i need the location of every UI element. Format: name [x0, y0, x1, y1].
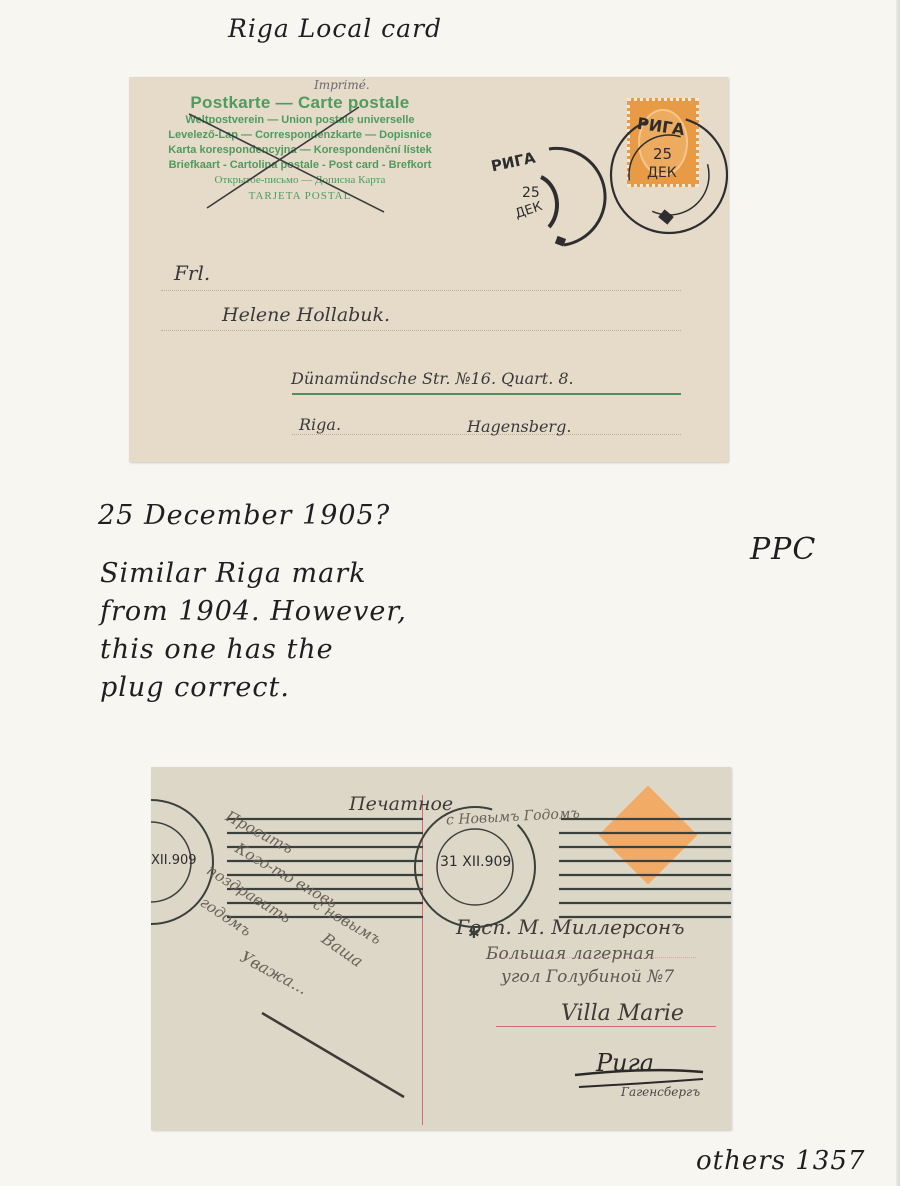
date-note: 25 December 1905? — [98, 500, 390, 531]
commentary-line: this one has the — [100, 631, 440, 669]
address-district: Hagensberg. — [467, 417, 571, 436]
address-villa: Villa Marie — [561, 1001, 684, 1026]
commentary-line: from 1904. However, — [100, 593, 440, 631]
postmark-left-day: 25 — [522, 186, 540, 200]
address-street: Dünamündsche Str. №16. Quart. 8. — [291, 369, 574, 388]
postcard-riga-1909: ✱ XII.909 31 XII.909 Печатное Проситъ Ко… — [151, 767, 731, 1130]
address-line — [161, 290, 681, 291]
ppc-note: PPC — [750, 532, 816, 567]
postmark-left-date: XII.909 — [151, 854, 197, 867]
address-street2: угол Голубиной №7 — [501, 967, 674, 987]
commentary-note: Similar Riga mark from 1904. However, th… — [100, 555, 440, 707]
album-page-edge — [896, 0, 900, 1186]
reference-note: others 1357 — [696, 1146, 865, 1176]
postcard-riga-1905: Imprimé. Postkarte — Carte postale Weltp… — [129, 77, 728, 462]
address-name: Госп. М. Миллерсонъ — [456, 915, 685, 939]
address-salutation: Frl. — [174, 261, 210, 285]
postmark-center-date: 31 XII.909 — [440, 855, 511, 869]
page-title-note: Riga Local card — [228, 14, 442, 43]
card1-marks — [129, 77, 728, 462]
commentary-line: plug correct. — [100, 669, 440, 707]
address-line-green — [292, 393, 681, 395]
address-street1: Большая лагерная — [486, 944, 655, 964]
postmark-right-month: ДЕК — [647, 166, 677, 180]
address-line — [161, 330, 681, 331]
address-city: Riga. — [299, 415, 341, 434]
commentary-line: Similar Riga mark — [100, 555, 440, 593]
address-district: Гагенсбергъ — [621, 1085, 700, 1099]
address-name: Helene Hollabuk. — [222, 304, 390, 326]
postmark-right-day: 25 — [653, 147, 672, 162]
address-city: Рига — [596, 1049, 654, 1077]
card-heading-printed-matter: Печатное — [349, 793, 453, 815]
